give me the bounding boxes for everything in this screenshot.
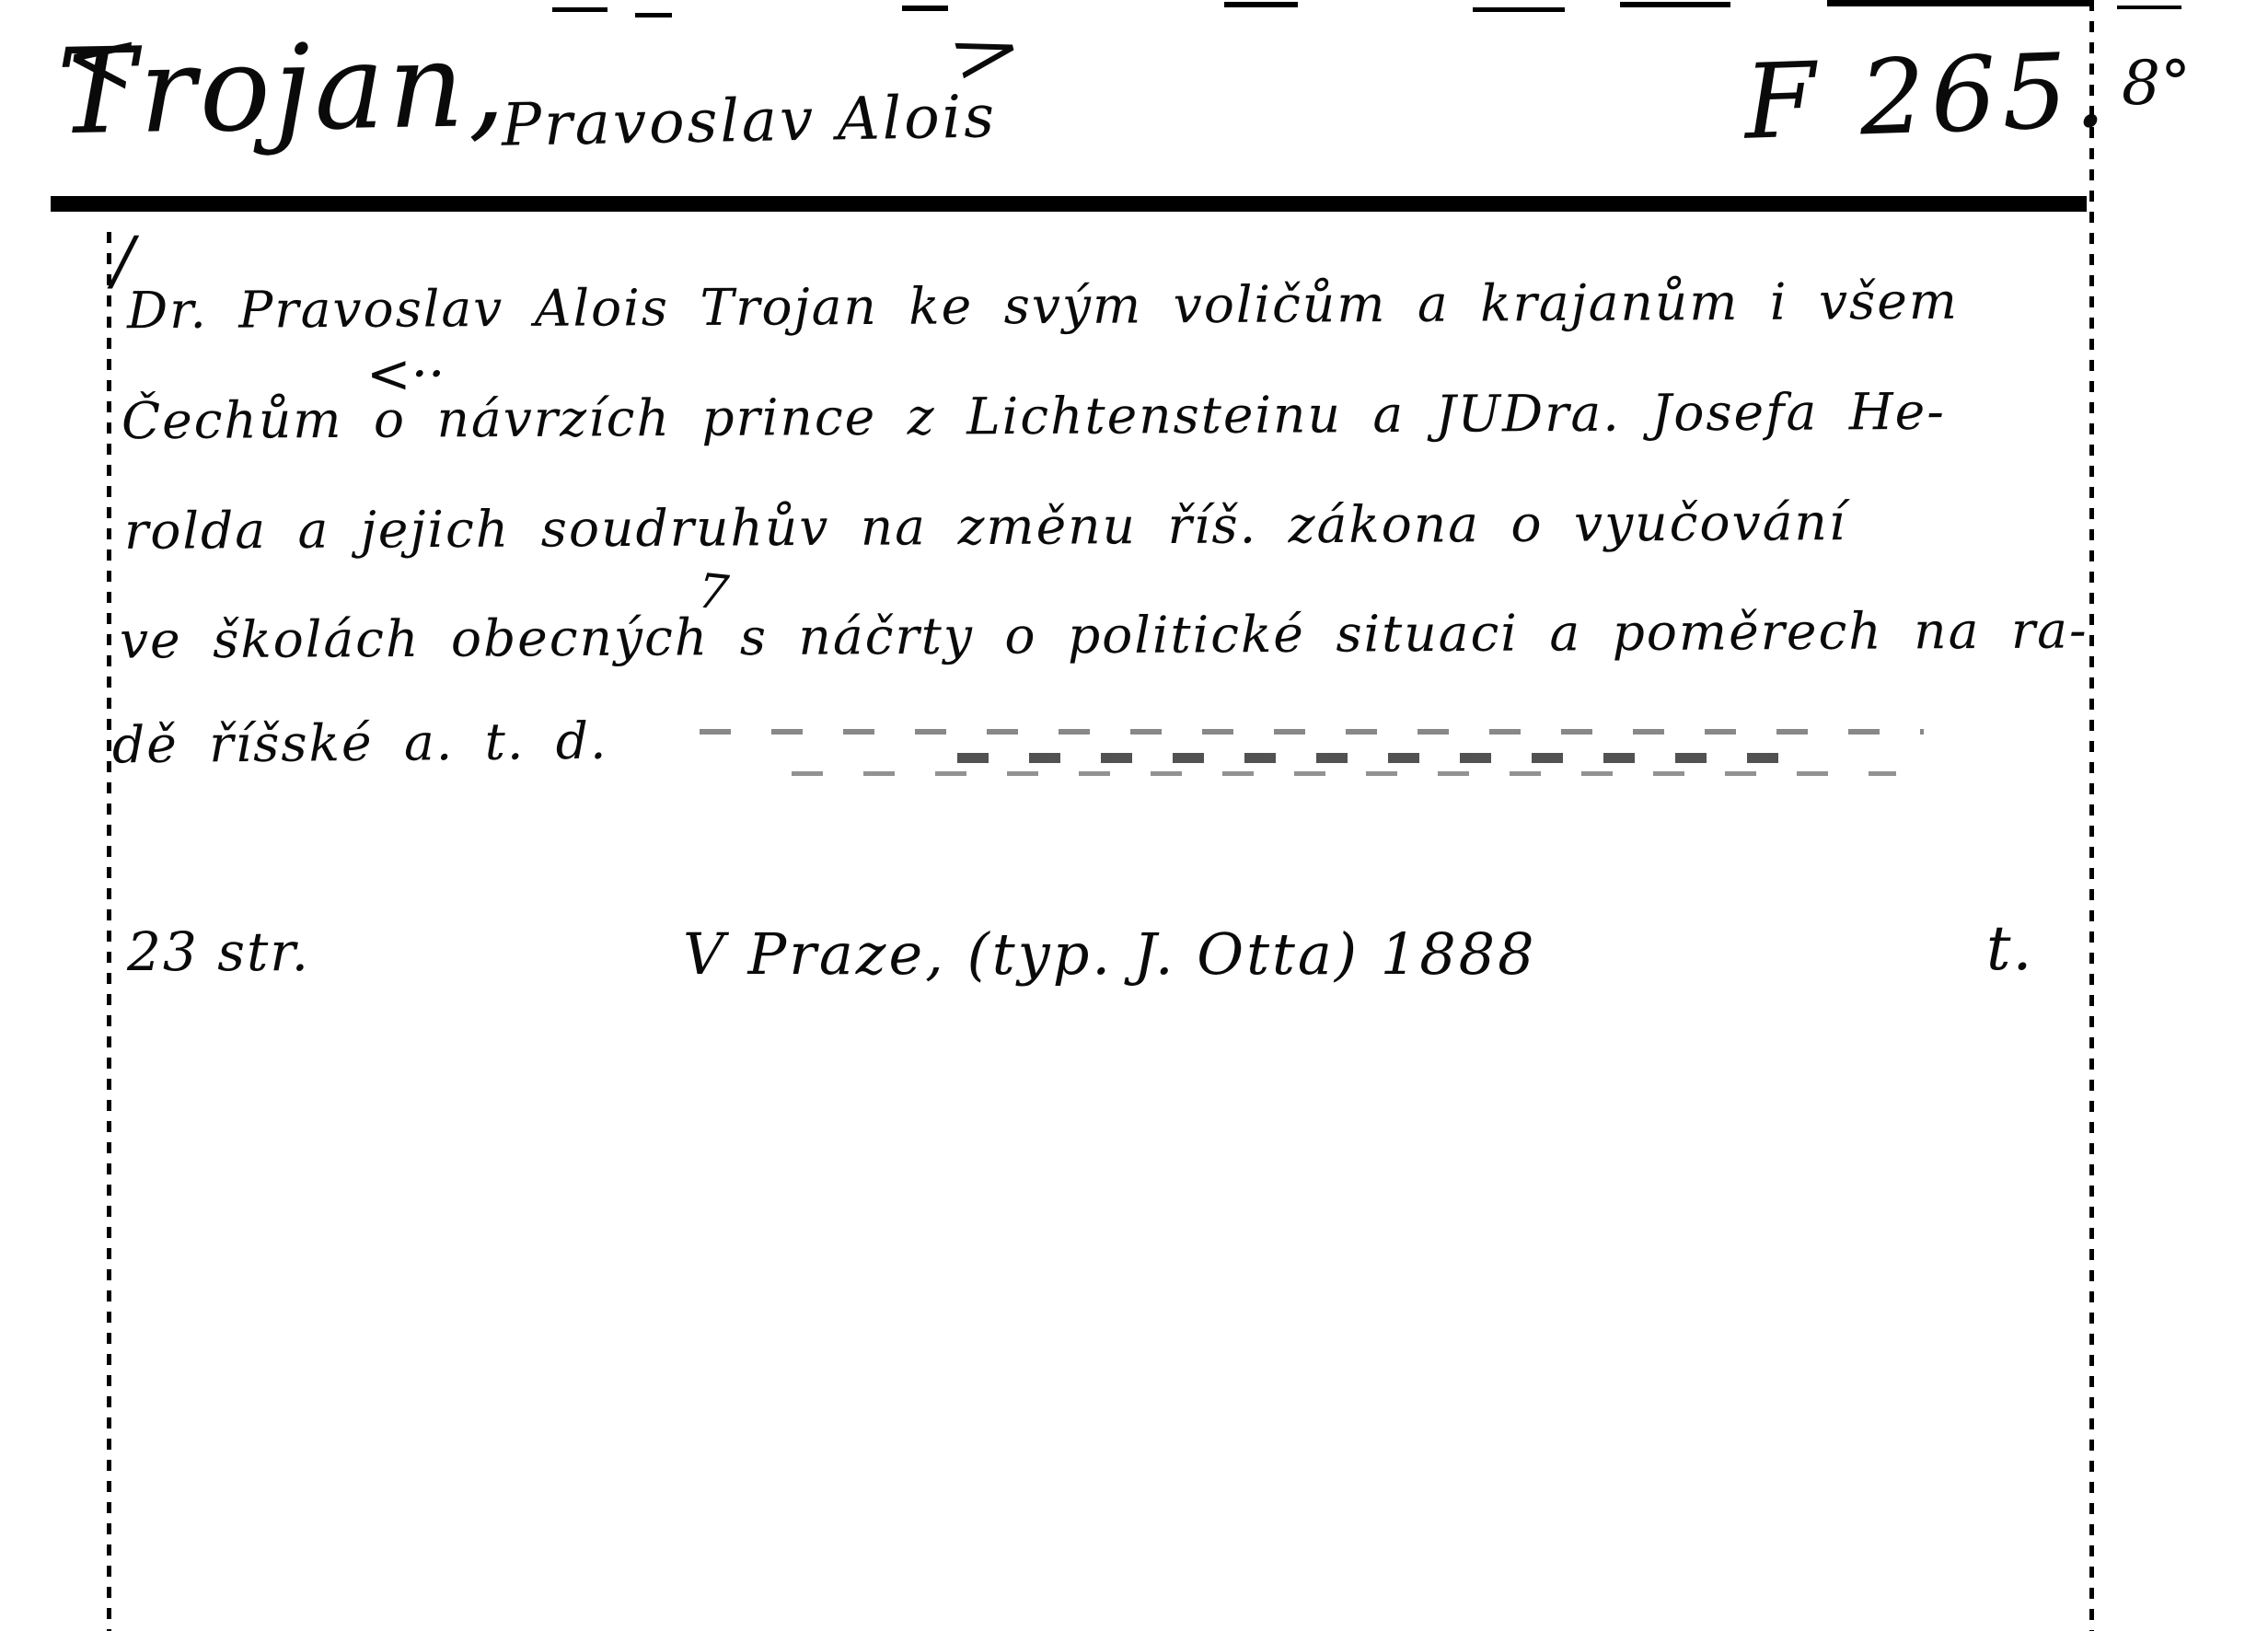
annotation-line-4: ve školách obecných s náčrty o politické… — [120, 600, 2089, 669]
heading-forenames: Pravoslav Alois — [501, 83, 997, 159]
scan-noise-dash — [902, 6, 948, 11]
header-rule — [51, 196, 2087, 212]
scan-smudge-band — [700, 729, 1924, 735]
scan-noise-dash — [635, 13, 672, 17]
scan-noise-dash — [552, 7, 607, 12]
imprint: V Praze, (typ. J. Otta) 1888 — [683, 920, 1537, 988]
shelfmark: F 265. — [1742, 30, 2113, 163]
pagination: 23 str. — [127, 920, 310, 983]
scan-smudge-band — [792, 771, 1896, 776]
cataloguer-letter: t. — [1986, 913, 2034, 984]
scan-noise-dash — [1620, 2, 1730, 7]
scan-noise-dash — [1224, 2, 1298, 7]
catalog-card-scan: { "header": { "surname": "Trojan,", "for… — [0, 0, 2268, 1631]
annotation-line-3: rolda a jejich soudruhův na změnu říš. z… — [124, 492, 1847, 561]
left-margin-line — [107, 232, 111, 1631]
annotation-line-5: dě říšské a. t. d. — [112, 711, 608, 775]
scan-noise-dash — [2117, 6, 2181, 9]
scan-smudge-band — [957, 753, 1813, 763]
annotation-line-2: Čechům o návrzích prince z Lichtensteinu… — [121, 382, 1946, 450]
scan-noise-line — [1827, 0, 2094, 6]
scan-noise-dash — [1473, 7, 1565, 12]
heading-surname: Trojan, — [56, 17, 510, 162]
format-mark: 8° — [2122, 48, 2191, 119]
right-margin-line — [2089, 0, 2094, 1631]
annotation-line-1: Dr. Pravoslav Alois Trojan ke svým volič… — [127, 272, 1959, 340]
